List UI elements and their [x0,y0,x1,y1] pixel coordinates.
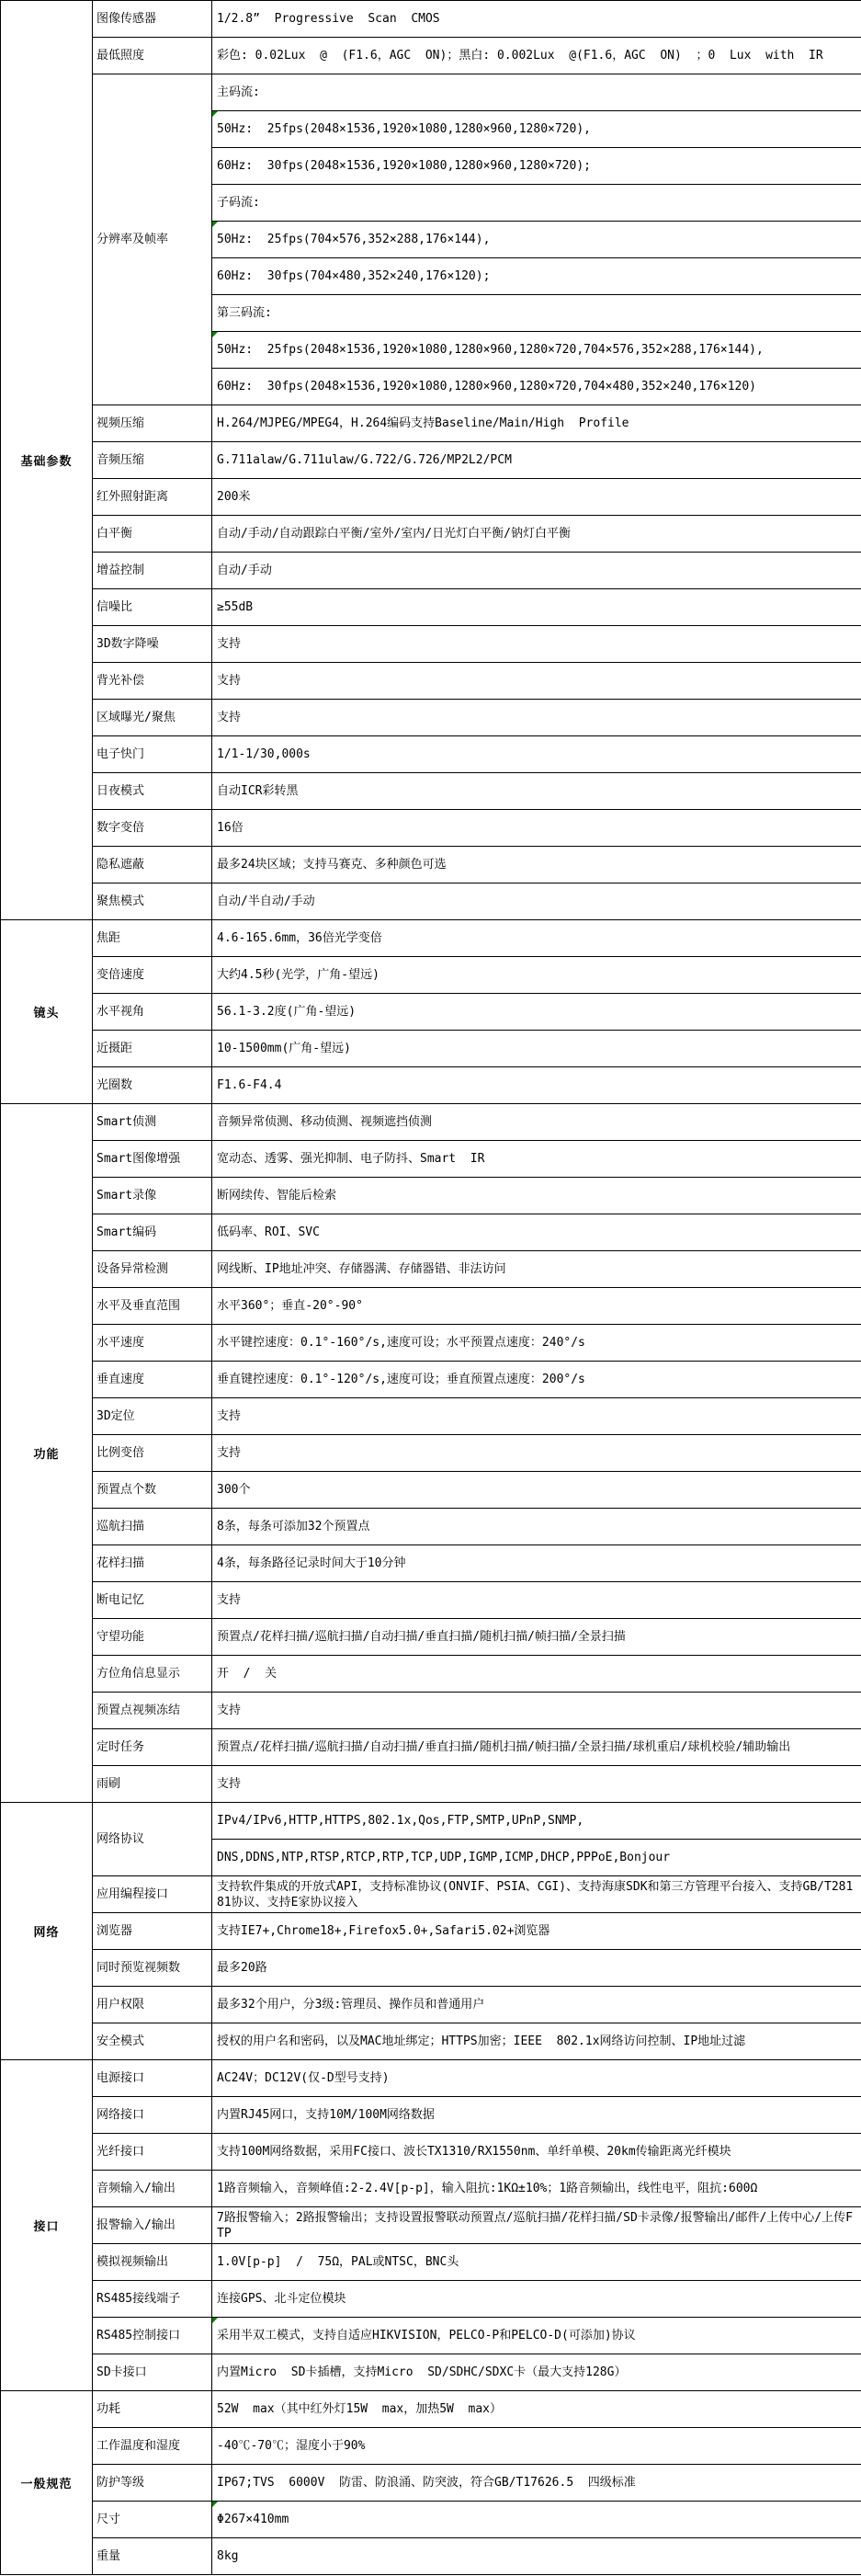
param-name-cell: 模拟视频输出 [93,2244,212,2281]
param-value-cell: 预置点/花样扫描/巡航扫描/自动扫描/垂直扫描/随机扫描/帧扫描/全景扫描/球机… [212,1729,861,1766]
table-row: 巡航扫描8条，每条可添加32个预置点 [1,1509,861,1545]
param-value-cell: 音频异常侦测、移动侦测、视频遮挡侦测 [212,1104,861,1141]
param-value-cell: 支持100M网络数据，采用FC接口、波长TX1310/RX1550nm、单纤单模… [212,2134,861,2171]
param-value-text: 支持软件集成的开放式API，支持标准协议(ONVIF、PSIA、CGI)、支持海… [217,1880,853,1909]
table-row: 守望功能预置点/花样扫描/巡航扫描/自动扫描/垂直扫描/随机扫描/帧扫描/全景扫… [1,1619,861,1656]
param-name-cell: 图像传感器 [93,1,212,38]
param-value-cell: 预置点/花样扫描/巡航扫描/自动扫描/垂直扫描/随机扫描/帧扫描/全景扫描 [212,1619,861,1656]
param-value-cell: 300个 [212,1472,861,1509]
param-name-cell: 白平衡 [93,516,212,553]
table-row: 尺寸Φ267×410mm [1,2502,861,2538]
param-name-cell: 电子快门 [93,736,212,773]
table-row: 接口电源接口AC24V；DC12V(仅-D型号支持) [1,2060,861,2097]
table-row: 花样扫描4条，每条路径记录时间大于10分钟 [1,1545,861,1582]
param-name-cell: 预置点个数 [93,1472,212,1509]
param-value-cell: 1.0V[p-p] / 75Ω，PAL或NTSC，BNC头 [212,2244,861,2281]
param-value-cell: 56.1-3.2度(广角-望远) [212,994,861,1031]
param-value-cell: 52W max（其中红外灯15W max，加热5W max） [212,2391,861,2428]
param-name-cell: 信噪比 [93,589,212,626]
param-value-cell: 自动/手动 [212,553,861,589]
table-row: 区域曝光/聚焦支持 [1,700,861,736]
param-value-cell: 第三码流: [212,295,861,332]
param-value-text: 16倍 [217,821,244,835]
table-row: 音频压缩G.711alaw/G.711ulaw/G.722/G.726/MP2L… [1,442,861,479]
param-value-text: 支持 [217,1446,241,1460]
param-name-cell: 隐私遮蔽 [93,847,212,883]
param-value-text: 1/1-1/30,000s [217,747,311,761]
param-value-cell: 最多20路 [212,1950,861,1987]
param-name-cell: Smart录像 [93,1178,212,1214]
table-row: 3D定位支持 [1,1398,861,1435]
param-name-cell: 音频输入/输出 [93,2171,212,2207]
table-row: 电子快门1/1-1/30,000s [1,736,861,773]
param-name-cell: 水平速度 [93,1325,212,1362]
param-name-cell: 应用编程接口 [93,1876,212,1913]
category-cell: 镜头 [1,920,93,1104]
param-value-cell: 低码率、ROI、SVC [212,1214,861,1251]
param-name-cell: 焦距 [93,920,212,957]
param-value-cell: 内置RJ45网口，支持10M/100M网络数据 [212,2097,861,2134]
param-value-text: 音频异常侦测、移动侦测、视频遮挡侦测 [217,1115,432,1129]
param-value-text: 第三码流: [217,306,272,320]
param-value-text: 50Hz: 25fps(704×576,352×288,176×144), [217,233,490,246]
table-row: 网络网络协议IPv4/IPv6,HTTP,HTTPS,802.1x,Qos,FT… [1,1803,861,1840]
param-value-text: 最多24块区域；支持马赛克、多种颜色可选 [217,858,447,872]
table-row: 视频压缩H.264/MJPEG/MPEG4，H.264编码支持Baseline/… [1,405,861,442]
param-value-cell: 网线断、IP地址冲突、存储器满、存储器错、非法访问 [212,1251,861,1288]
param-value-cell: 1/2.8” Progressive Scan CMOS [212,1,861,38]
param-name-cell: 安全模式 [93,2023,212,2060]
param-value-cell: IPv4/IPv6,HTTP,HTTPS,802.1x,Qos,FTP,SMTP… [212,1803,861,1840]
param-name-cell: 红外照射距离 [93,479,212,516]
green-corner-marker-icon [212,2318,218,2323]
param-value-cell: 60Hz: 30fps(704×480,352×240,176×120); [212,258,861,295]
param-name-cell: 巡航扫描 [93,1509,212,1545]
param-value-cell: 彩色: 0.02Lux @ (F1.6，AGC ON)；黑白: 0.002Lux… [212,38,861,74]
param-name-cell: 3D定位 [93,1398,212,1435]
table-row: 防护等级IP67;TVS 6000V 防雷、防浪涌、防突波，符合GB/T1762… [1,2465,861,2502]
table-row: 功能Smart侦测音频异常侦测、移动侦测、视频遮挡侦测 [1,1104,861,1141]
param-value-cell: 宽动态、透雾、强光抑制、电子防抖、Smart IR [212,1141,861,1178]
table-row: Smart录像断网续传、智能后检索 [1,1178,861,1214]
param-value-cell: 垂直键控速度：0.1°-120°/s,速度可设；垂直预置点速度：200°/s [212,1362,861,1398]
param-value-text: 彩色: 0.02Lux @ (F1.6，AGC ON)；黑白: 0.002Lux… [217,49,823,63]
table-row: 镜头焦距4.6-165.6mm，36倍光学变倍 [1,920,861,957]
param-value-text: 支持 [217,1704,241,1717]
table-row: 红外照射距离200米 [1,479,861,516]
table-row: 比例变倍支持 [1,1435,861,1472]
param-value-cell: 支持IE7+,Chrome18+,Firefox5.0+,Safari5.02+… [212,1913,861,1950]
table-row: 日夜模式自动ICR彩转黑 [1,773,861,810]
param-value-cell: 内置Micro SD卡插槽，支持Micro SD/SDHC/SDXC卡（最大支持… [212,2354,861,2391]
param-value-text: 最多20路 [217,1961,267,1975]
param-value-cell: 自动/半自动/手动 [212,883,861,920]
param-value-cell: 7路报警输入；2路报警输出；支持设置报警联动预置点/巡航扫描/花样扫描/SD卡录… [212,2207,861,2244]
param-name-cell: 数字变倍 [93,810,212,847]
param-name-cell: 光圈数 [93,1067,212,1104]
param-value-cell: ≥55dB [212,589,861,626]
table-row: 同时预览视频数最多20路 [1,1950,861,1987]
table-row: 报警输入/输出7路报警输入；2路报警输出；支持设置报警联动预置点/巡航扫描/花样… [1,2207,861,2244]
param-name-cell: 功耗 [93,2391,212,2428]
param-value-cell: 1/1-1/30,000s [212,736,861,773]
param-value-cell: 200米 [212,479,861,516]
table-row: 水平速度水平键控速度：0.1°-160°/s,速度可设；水平预置点速度：240°… [1,1325,861,1362]
param-value-text: 1路音频输入，音频峰值:2-2.4V[p-p]，输入阻抗:1KΩ±10%；1路音… [217,2182,757,2195]
param-name-cell: 比例变倍 [93,1435,212,1472]
param-value-text: 200米 [217,490,250,504]
param-value-text: 60Hz: 30fps(704×480,352×240,176×120); [217,269,490,283]
table-row: RS485控制接口采用半双工模式，支持自适应HIKVISION，PELCO-P和… [1,2318,861,2354]
param-value-text: 采用半双工模式，支持自适应HIKVISION，PELCO-P和PELCO-D(可… [217,2329,636,2342]
param-value-cell: 自动/手动/自动跟踪白平衡/室外/室内/日光灯白平衡/钠灯白平衡 [212,516,861,553]
param-value-cell: 4.6-165.6mm，36倍光学变倍 [212,920,861,957]
param-value-cell: 60Hz: 30fps(2048×1536,1920×1080,1280×960… [212,148,861,185]
param-value-cell: 支持 [212,1582,861,1619]
param-name-cell: 工作温度和湿度 [93,2428,212,2465]
param-value-cell: 支持 [212,700,861,736]
table-row: 重量8kg [1,2538,861,2575]
param-value-cell: 最多32个用户，分3级:管理员、操作员和普通用户 [212,1987,861,2023]
param-name-cell: 背光补偿 [93,663,212,700]
param-value-cell: 支持 [212,1398,861,1435]
param-name-cell: 变倍速度 [93,957,212,994]
param-value-cell: 大约4.5秒(光学，广角-望远) [212,957,861,994]
param-value-text: 支持 [217,674,241,688]
param-value-text: 支持 [217,711,241,724]
param-name-cell: 网络接口 [93,2097,212,2134]
green-corner-marker-icon [212,111,218,117]
param-value-text: 水平键控速度：0.1°-160°/s,速度可设；水平预置点速度：240°/s [217,1336,585,1350]
param-name-cell: 设备异常检测 [93,1251,212,1288]
param-value-cell: 支持软件集成的开放式API，支持标准协议(ONVIF、PSIA、CGI)、支持海… [212,1876,861,1913]
param-value-text: AC24V；DC12V(仅-D型号支持) [217,2071,390,2085]
param-value-text: 7路报警输入；2路报警输出；支持设置报警联动预置点/巡航扫描/花样扫描/SD卡录… [217,2211,853,2240]
category-cell: 基础参数 [1,1,93,920]
param-name-cell: 方位角信息显示 [93,1656,212,1693]
param-value-cell: 支持 [212,626,861,663]
param-value-text: 300个 [217,1483,250,1497]
param-name-cell: 光纤接口 [93,2134,212,2171]
param-value-text: 断网续传、智能后检索 [217,1189,336,1203]
param-name-cell: 音频压缩 [93,442,212,479]
param-value-cell: 50Hz: 25fps(704×576,352×288,176×144), [212,222,861,258]
table-row: SD卡接口内置Micro SD卡插槽，支持Micro SD/SDHC/SDXC卡… [1,2354,861,2391]
table-row: 音频输入/输出1路音频输入，音频峰值:2-2.4V[p-p]，输入阻抗:1KΩ±… [1,2171,861,2207]
param-value-cell: 主码流: [212,74,861,111]
param-value-cell: 16倍 [212,810,861,847]
param-name-cell: 重量 [93,2538,212,2575]
param-value-text: G.711alaw/G.711ulaw/G.722/G.726/MP2L2/PC… [217,453,512,467]
param-name-cell: 用户权限 [93,1987,212,2023]
spec-sheet-page: 基础参数图像传感器1/2.8” Progressive Scan CMOS最低照… [0,0,861,2575]
param-name-cell: 视频压缩 [93,405,212,442]
param-name-cell: 最低照度 [93,38,212,74]
param-value-text: 自动/手动 [217,564,272,577]
param-name-cell: 区域曝光/聚焦 [93,700,212,736]
table-row: 应用编程接口支持软件集成的开放式API，支持标准协议(ONVIF、PSIA、CG… [1,1876,861,1913]
green-corner-marker-icon [212,222,218,227]
param-value-text: 4条，每条路径记录时间大于10分钟 [217,1556,405,1570]
table-row: 断电记忆支持 [1,1582,861,1619]
param-value-text: -40℃-70℃；湿度小于90% [217,2439,365,2453]
param-value-cell: 支持 [212,1766,861,1803]
param-name-cell: 日夜模式 [93,773,212,810]
param-value-text: 10-1500mm(广角-望远) [217,1042,351,1055]
category-cell: 接口 [1,2060,93,2391]
table-row: 雨刷支持 [1,1766,861,1803]
param-name-cell: SD卡接口 [93,2354,212,2391]
param-value-cell: 50Hz: 25fps(2048×1536,1920×1080,1280×960… [212,111,861,148]
param-value-cell: 采用半双工模式，支持自适应HIKVISION，PELCO-P和PELCO-D(可… [212,2318,861,2354]
table-row: 近摄距10-1500mm(广角-望远) [1,1031,861,1067]
param-name-cell: 水平及垂直范围 [93,1288,212,1325]
table-row: 预置点个数300个 [1,1472,861,1509]
param-value-text: 最多32个用户，分3级:管理员、操作员和普通用户 [217,1998,484,2012]
category-cell: 网络 [1,1803,93,2060]
param-name-cell: 断电记忆 [93,1582,212,1619]
param-value-cell: 4条，每条路径记录时间大于10分钟 [212,1545,861,1582]
table-row: 增益控制自动/手动 [1,553,861,589]
param-value-cell: G.711alaw/G.711ulaw/G.722/G.726/MP2L2/PC… [212,442,861,479]
param-value-text: 支持 [217,1409,241,1423]
param-value-text: 支持 [217,1593,241,1607]
param-name-cell: Smart图像增强 [93,1141,212,1178]
param-name-cell: 近摄距 [93,1031,212,1067]
param-value-text: 8条，每条可添加32个预置点 [217,1520,369,1533]
param-value-cell: 水平键控速度：0.1°-160°/s,速度可设；水平预置点速度：240°/s [212,1325,861,1362]
param-value-text: 水平360°；垂直-20°-90° [217,1299,363,1313]
param-value-text: 内置RJ45网口，支持10M/100M网络数据 [217,2108,435,2122]
param-value-text: 内置Micro SD卡插槽，支持Micro SD/SDHC/SDXC卡（最大支持… [217,2365,626,2379]
table-row: 基础参数图像传感器1/2.8” Progressive Scan CMOS [1,1,861,38]
spec-table-body: 基础参数图像传感器1/2.8” Progressive Scan CMOS最低照… [1,1,861,2575]
table-row: 光圈数F1.6-F4.4 [1,1067,861,1104]
table-row: 3D数字降噪支持 [1,626,861,663]
param-value-text: 1/2.8” Progressive Scan CMOS [217,12,440,26]
param-name-cell: 预置点视频冻结 [93,1693,212,1729]
param-value-text: 预置点/花样扫描/巡航扫描/自动扫描/垂直扫描/随机扫描/帧扫描/全景扫描 [217,1630,626,1644]
param-value-cell: 连接GPS、北斗定位模块 [212,2281,861,2318]
param-value-text: ≥55dB [217,600,253,614]
param-value-cell: -40℃-70℃；湿度小于90% [212,2428,861,2465]
spec-table: 基础参数图像传感器1/2.8” Progressive Scan CMOS最低照… [0,0,861,2575]
param-name-cell: 雨刷 [93,1766,212,1803]
param-name-cell: 网络协议 [93,1803,212,1876]
param-value-text: 8kg [217,2549,238,2563]
param-value-text: 60Hz: 30fps(2048×1536,1920×1080,1280×960… [217,159,591,173]
param-name-cell: 分辨率及帧率 [93,74,212,405]
param-name-cell: 垂直速度 [93,1362,212,1398]
param-value-cell: 开 / 关 [212,1656,861,1693]
table-row: 背光补偿支持 [1,663,861,700]
param-name-cell: 电源接口 [93,2060,212,2097]
table-row: 定时任务预置点/花样扫描/巡航扫描/自动扫描/垂直扫描/随机扫描/帧扫描/全景扫… [1,1729,861,1766]
table-row: 聚焦模式自动/半自动/手动 [1,883,861,920]
table-row: Smart图像增强宽动态、透雾、强光抑制、电子防抖、Smart IR [1,1141,861,1178]
param-value-text: 垂直键控速度：0.1°-120°/s,速度可设；垂直预置点速度：200°/s [217,1373,585,1386]
param-value-text: 50Hz: 25fps(2048×1536,1920×1080,1280×960… [217,343,764,357]
table-row: 水平视角56.1-3.2度(广角-望远) [1,994,861,1031]
param-name-cell: RS485接线端子 [93,2281,212,2318]
table-row: 白平衡自动/手动/自动跟踪白平衡/室外/室内/日光灯白平衡/钠灯白平衡 [1,516,861,553]
param-value-cell: 支持 [212,663,861,700]
param-value-text: 自动ICR彩转黑 [217,784,298,798]
param-name-cell: 增益控制 [93,553,212,589]
param-value-text: 开 / 关 [217,1667,277,1681]
table-row: 隐私遮蔽最多24块区域；支持马赛克、多种颜色可选 [1,847,861,883]
table-row: 设备异常检测网线断、IP地址冲突、存储器满、存储器错、非法访问 [1,1251,861,1288]
green-corner-marker-icon [212,2502,218,2507]
param-value-cell: DNS,DDNS,NTP,RTSP,RTCP,RTP,TCP,UDP,IGMP,… [212,1840,861,1876]
param-name-cell: 聚焦模式 [93,883,212,920]
param-value-text: 56.1-3.2度(广角-望远) [217,1005,356,1019]
param-value-text: F1.6-F4.4 [217,1078,281,1092]
param-value-text: 自动/手动/自动跟踪白平衡/室外/室内/日光灯白平衡/钠灯白平衡 [217,527,571,541]
param-value-cell: 10-1500mm(广角-望远) [212,1031,861,1067]
param-value-cell: F1.6-F4.4 [212,1067,861,1104]
param-value-cell: 授权的用户名和密码，以及MAC地址绑定；HTTPS加密；IEEE 802.1x网… [212,2023,861,2060]
param-value-cell: 支持 [212,1693,861,1729]
table-row: RS485接线端子连接GPS、北斗定位模块 [1,2281,861,2318]
param-value-cell: IP67;TVS 6000V 防雷、防浪涌、防突波，符合GB/T17626.5 … [212,2465,861,2502]
table-row: 分辨率及帧率主码流: [1,74,861,111]
param-value-text: 连接GPS、北斗定位模块 [217,2292,346,2306]
param-value-cell: AC24V；DC12V(仅-D型号支持) [212,2060,861,2097]
param-value-text: IPv4/IPv6,HTTP,HTTPS,802.1x,Qos,FTP,SMTP… [217,1814,583,1828]
param-value-cell: 断网续传、智能后检索 [212,1178,861,1214]
param-value-text: IP67;TVS 6000V 防雷、防浪涌、防突波，符合GB/T17626.5 … [217,2476,636,2490]
table-row: 模拟视频输出1.0V[p-p] / 75Ω，PAL或NTSC，BNC头 [1,2244,861,2281]
param-name-cell: RS485控制接口 [93,2318,212,2354]
table-row: 浏览器支持IE7+,Chrome18+,Firefox5.0+,Safari5.… [1,1913,861,1950]
param-name-cell: 花样扫描 [93,1545,212,1582]
param-value-text: 4.6-165.6mm，36倍光学变倍 [217,931,382,945]
table-row: 网络接口内置RJ45网口，支持10M/100M网络数据 [1,2097,861,2134]
param-name-cell: 3D数字降噪 [93,626,212,663]
table-row: 最低照度彩色: 0.02Lux @ (F1.6，AGC ON)；黑白: 0.00… [1,38,861,74]
table-row: 变倍速度大约4.5秒(光学，广角-望远) [1,957,861,994]
table-row: 预置点视频冻结支持 [1,1693,861,1729]
table-row: 信噪比≥55dB [1,589,861,626]
param-value-cell: 水平360°；垂直-20°-90° [212,1288,861,1325]
category-cell: 一般规范 [1,2391,93,2575]
param-value-cell: 自动ICR彩转黑 [212,773,861,810]
param-name-cell: 浏览器 [93,1913,212,1950]
param-name-cell: 报警输入/输出 [93,2207,212,2244]
param-value-cell: 50Hz: 25fps(2048×1536,1920×1080,1280×960… [212,332,861,369]
param-value-cell: 60Hz: 30fps(2048×1536,1920×1080,1280×960… [212,369,861,405]
table-row: 数字变倍16倍 [1,810,861,847]
param-value-text: 支持100M网络数据，采用FC接口、波长TX1310/RX1550nm、单纤单模… [217,2145,731,2159]
table-row: 方位角信息显示开 / 关 [1,1656,861,1693]
param-value-cell: 最多24块区域；支持马赛克、多种颜色可选 [212,847,861,883]
param-name-cell: Smart侦测 [93,1104,212,1141]
table-row: Smart编码低码率、ROI、SVC [1,1214,861,1251]
param-value-cell: 子码流: [212,185,861,222]
table-row: 垂直速度垂直键控速度：0.1°-120°/s,速度可设；垂直预置点速度：200°… [1,1362,861,1398]
table-row: 用户权限最多32个用户，分3级:管理员、操作员和普通用户 [1,1987,861,2023]
param-value-text: 支持 [217,1777,241,1791]
param-value-text: 授权的用户名和密码，以及MAC地址绑定；HTTPS加密；IEEE 802.1x网… [217,2035,745,2048]
param-name-cell: 防护等级 [93,2465,212,2502]
param-value-text: 52W max（其中红外灯15W max，加热5W max） [217,2402,502,2416]
table-row: 一般规范功耗52W max（其中红外灯15W max，加热5W max） [1,2391,861,2428]
table-row: 光纤接口支持100M网络数据，采用FC接口、波长TX1310/RX1550nm、… [1,2134,861,2171]
table-row: 安全模式授权的用户名和密码，以及MAC地址绑定；HTTPS加密；IEEE 802… [1,2023,861,2060]
param-value-text: 宽动态、透雾、强光抑制、电子防抖、Smart IR [217,1152,484,1166]
param-name-cell: Smart编码 [93,1214,212,1251]
param-value-text: 预置点/花样扫描/巡航扫描/自动扫描/垂直扫描/随机扫描/帧扫描/全景扫描/球机… [217,1740,790,1754]
param-name-cell: 守望功能 [93,1619,212,1656]
param-value-cell: 支持 [212,1435,861,1472]
param-value-cell: 8条，每条可添加32个预置点 [212,1509,861,1545]
param-name-cell: 水平视角 [93,994,212,1031]
param-value-text: 大约4.5秒(光学，广角-望远) [217,968,380,982]
param-value-text: DNS,DDNS,NTP,RTSP,RTCP,RTP,TCP,UDP,IGMP,… [217,1851,670,1864]
param-value-text: H.264/MJPEG/MPEG4，H.264编码支持Baseline/Main… [217,416,629,430]
param-value-text: 60Hz: 30fps(2048×1536,1920×1080,1280×960… [217,380,756,393]
table-row: 水平及垂直范围水平360°；垂直-20°-90° [1,1288,861,1325]
param-value-text: 支持IE7+,Chrome18+,Firefox5.0+,Safari5.02+… [217,1924,549,1938]
param-name-cell: 尺寸 [93,2502,212,2538]
param-value-cell: Φ267×410mm [212,2502,861,2538]
param-value-text: 自动/半自动/手动 [217,895,315,908]
green-corner-marker-icon [212,332,218,337]
param-value-cell: 8kg [212,2538,861,2575]
param-value-cell: H.264/MJPEG/MPEG4，H.264编码支持Baseline/Main… [212,405,861,442]
param-name-cell: 定时任务 [93,1729,212,1766]
param-value-text: 网线断、IP地址冲突、存储器满、存储器错、非法访问 [217,1262,506,1276]
param-value-text: 主码流: [217,85,260,99]
table-row: 工作温度和湿度-40℃-70℃；湿度小于90% [1,2428,861,2465]
param-value-text: 子码流: [217,196,260,210]
param-value-text: 低码率、ROI、SVC [217,1225,320,1239]
param-value-text: 1.0V[p-p] / 75Ω，PAL或NTSC，BNC头 [217,2255,459,2269]
param-value-text: 50Hz: 25fps(2048×1536,1920×1080,1280×960… [217,122,591,136]
param-value-text: Φ267×410mm [217,2513,289,2526]
param-value-text: 支持 [217,637,241,651]
param-name-cell: 同时预览视频数 [93,1950,212,1987]
category-cell: 功能 [1,1104,93,1803]
param-value-cell: 1路音频输入，音频峰值:2-2.4V[p-p]，输入阻抗:1KΩ±10%；1路音… [212,2171,861,2207]
